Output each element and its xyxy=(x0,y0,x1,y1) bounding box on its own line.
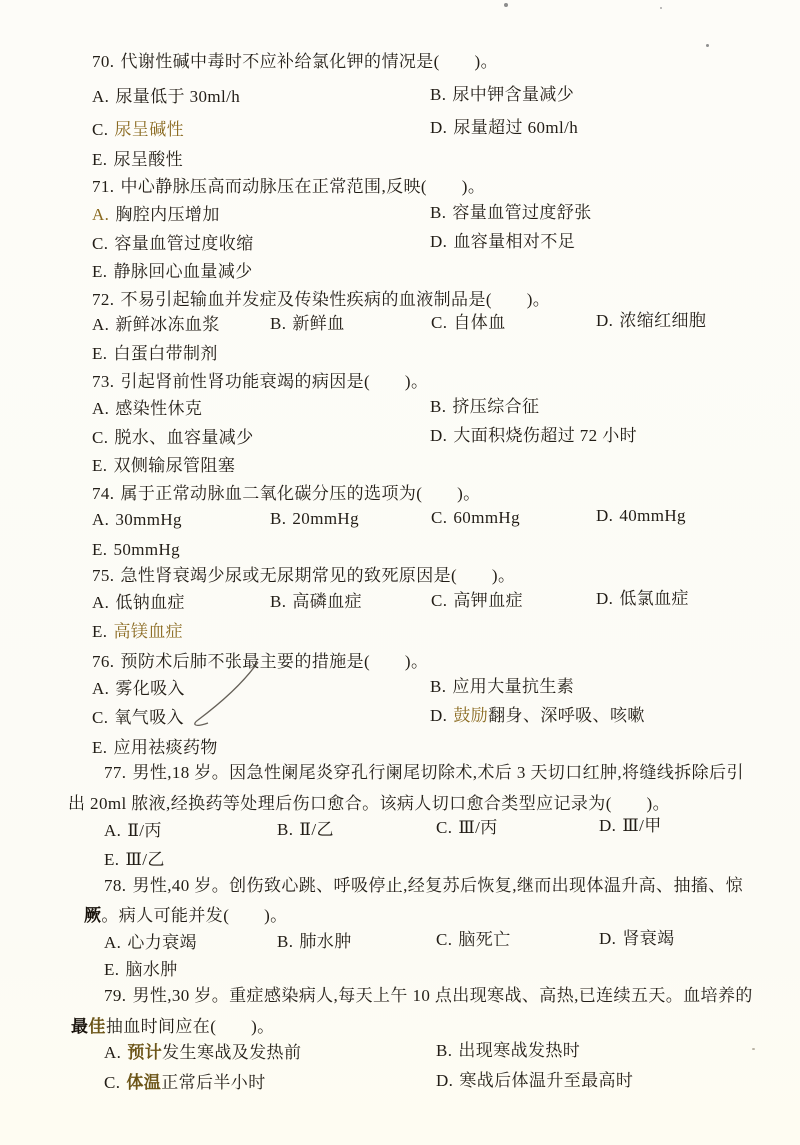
question-71-option-d: D.血容量相对不足 xyxy=(430,230,575,254)
question-78-option-d: D.肾衰竭 xyxy=(599,927,675,951)
question-72-stem: 72.不易引起输血并发症及传染性疾病的血液制品是( )。 xyxy=(92,288,550,312)
question-73-option-e: E.双侧输尿管阻塞 xyxy=(92,454,235,478)
stem-text: 代谢性碱中毒时不应补给氯化钾的情况是( )。 xyxy=(120,52,498,71)
scan-speck xyxy=(752,1048,755,1050)
question-75-option-c: C.高钾血症 xyxy=(431,589,523,613)
question-71-option-e: E.静脉回心血量减少 xyxy=(92,260,253,284)
question-76-option-e: E.应用祛痰药物 xyxy=(92,736,218,760)
question-70-stem: 70.代谢性碱中毒时不应补给氯化钾的情况是( )。 xyxy=(92,50,498,74)
question-75-option-e: E.高镁血症 xyxy=(92,620,183,644)
question-74-option-b: B.20mmHg xyxy=(270,507,359,531)
question-70-option-a: A.尿量低于 30ml/h xyxy=(92,85,240,109)
question-79-stem-line1: 79.男性,30 岁。重症感染病人,每天上午 10 点出现寒战、高热,已连续五天… xyxy=(104,984,753,1008)
question-72-option-c: C.自体血 xyxy=(431,311,506,335)
question-72-option-d: D.浓缩红细胞 xyxy=(596,309,706,333)
question-72-option-e: E.白蛋白带制剂 xyxy=(92,342,218,366)
question-70-option-d: D.尿量超过 60ml/h xyxy=(430,116,578,140)
question-79-option-d: D.寒战后体温升至最高时 xyxy=(436,1069,633,1093)
question-72-option-b: B.新鲜血 xyxy=(270,312,345,336)
question-73-option-d: D.大面积烧伤超过 72 小时 xyxy=(430,424,637,448)
question-77-option-e: E.Ⅲ/乙 xyxy=(104,848,165,872)
question-74-stem: 74.属于正常动脉血二氧化碳分压的选项为( )。 xyxy=(92,482,481,506)
scanned-exam-page: 70.代谢性碱中毒时不应补给氯化钾的情况是( )。 A.尿量低于 30ml/h … xyxy=(0,0,800,1145)
scan-speck xyxy=(660,7,662,9)
question-76-option-a: A.雾化吸入 xyxy=(92,677,185,701)
question-78-stem-line2: 厥。病人可能并发( )。 xyxy=(84,904,288,928)
question-73-stem: 73.引起肾前性肾功能衰竭的病因是( )。 xyxy=(92,370,428,394)
question-74-option-e: E.50mmHg xyxy=(92,538,180,562)
question-76-option-c: C.氧气吸入 xyxy=(92,706,184,730)
question-73-option-c: C.脱水、血容量减少 xyxy=(92,426,254,450)
question-78-option-e: E.脑水肿 xyxy=(104,958,178,982)
question-71-stem: 71.中心静脉压高而动脉压在正常范围,反映( )。 xyxy=(92,175,485,199)
question-77-option-b: B.Ⅱ/乙 xyxy=(277,818,334,842)
question-76-option-b: B.应用大量抗生素 xyxy=(430,675,574,699)
question-79-option-b: B.出现寒战发热时 xyxy=(436,1039,580,1063)
question-78-option-c: C.脑死亡 xyxy=(436,928,511,952)
question-73-option-a: A.感染性休克 xyxy=(92,397,202,421)
question-70-option-b: B.尿中钾含量减少 xyxy=(430,83,574,107)
question-75-option-a: A.低钠血症 xyxy=(92,591,185,615)
question-71-option-b: B.容量血管过度舒张 xyxy=(430,201,592,225)
question-70-option-c: C.尿呈碱性 xyxy=(92,118,184,142)
question-number: 70. xyxy=(92,52,114,71)
question-75-option-d: D.低氯血症 xyxy=(596,587,689,611)
question-74-option-c: C.60mmHg xyxy=(431,506,520,530)
question-79-option-c: C.体温正常后半小时 xyxy=(104,1071,266,1095)
question-78-option-a: A.心力衰竭 xyxy=(104,931,197,955)
scan-speck xyxy=(504,3,508,7)
question-76-option-d: D.鼓励翻身、深呼吸、咳嗽 xyxy=(430,704,645,728)
question-77-stem-line2: 出 20ml 脓液,经换药等处理后伤口愈合。该病人切口愈合类型应记录为( )。 xyxy=(68,792,670,816)
question-72-option-a: A.新鲜冰冻血浆 xyxy=(92,313,220,337)
question-73-option-b: B.挤压综合征 xyxy=(430,395,539,419)
question-71-option-a: A.胸腔内压增加 xyxy=(92,203,220,227)
question-77-option-a: A.Ⅱ/丙 xyxy=(104,819,162,843)
question-70-option-e: E.尿呈酸性 xyxy=(92,148,183,172)
question-79-option-a: A.预计发生寒战及发热前 xyxy=(104,1041,301,1065)
question-78-option-b: B.肺水肿 xyxy=(277,930,352,954)
question-75-option-b: B.高磷血症 xyxy=(270,590,362,614)
question-79-stem-line2: 最佳抽血时间应在( )。 xyxy=(71,1015,275,1039)
question-74-option-d: D.40mmHg xyxy=(596,504,686,528)
question-78-stem-line1: 78.男性,40 岁。创伤致心跳、呼吸停止,经复苏后恢复,继而出现体温升高、抽搐… xyxy=(104,874,743,898)
pen-stroke-mark xyxy=(180,650,280,735)
question-75-stem: 75.急性肾衰竭少尿或无尿期常见的致死原因是( )。 xyxy=(92,564,515,588)
question-77-stem-line1: 77.男性,18 岁。因急性阑尾炎穿孔行阑尾切除术,术后 3 天切口红肿,将缝线… xyxy=(104,761,744,785)
question-71-option-c: C.容量血管过度收缩 xyxy=(92,232,254,256)
question-77-option-c: C.Ⅲ/丙 xyxy=(436,816,498,840)
question-74-option-a: A.30mmHg xyxy=(92,508,182,532)
question-77-option-d: D.Ⅲ/甲 xyxy=(599,814,662,838)
scan-speck xyxy=(706,44,709,47)
